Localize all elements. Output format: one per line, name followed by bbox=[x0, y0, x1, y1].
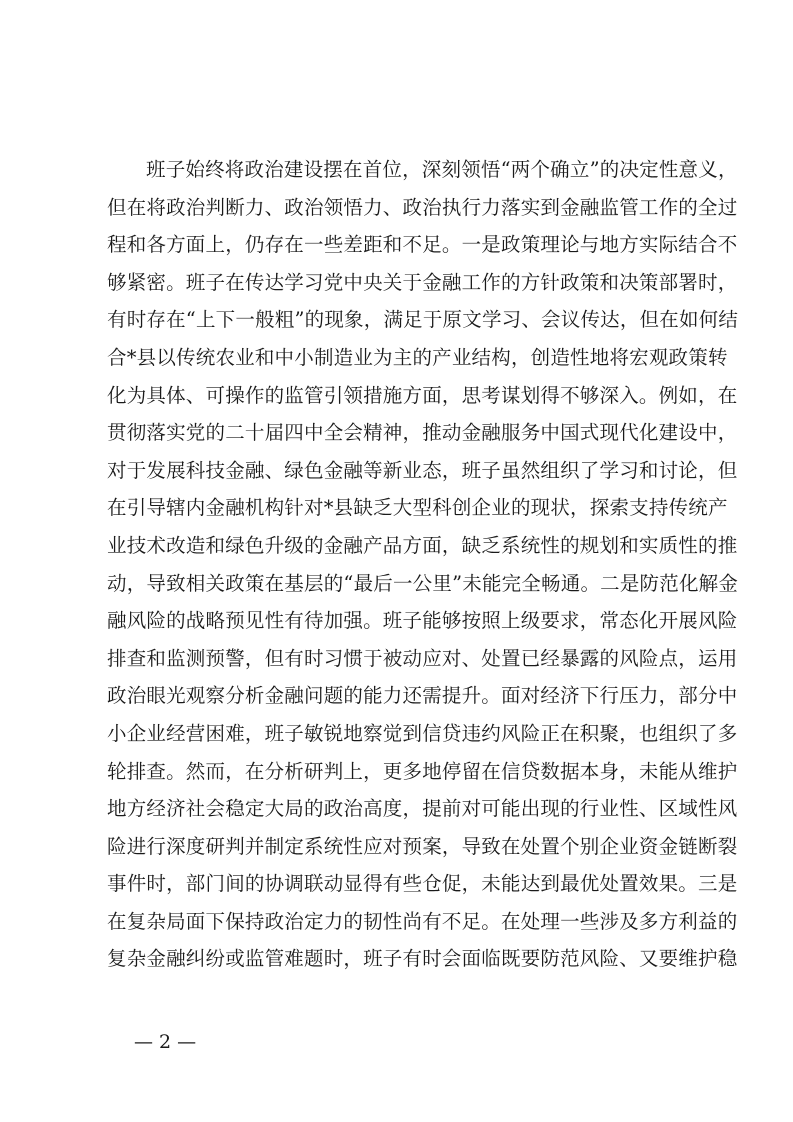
paragraph-line: 合*县以传统农业和中小制造业为主的产业结构，创造性地将宏观政策转 bbox=[107, 339, 691, 377]
paragraph-line: 动，导致相关政策在基层的“最后一公里”未能完全畅通。二是防范化解金 bbox=[107, 565, 691, 603]
paragraph-line: 贯彻落实党的二十届四中全会精神，推动金融服务中国式现代化建设中， bbox=[107, 414, 691, 452]
paragraph-line: 轮排查。然而，在分析研判上，更多地停留在信贷数据本身，未能从维护 bbox=[107, 753, 691, 791]
paragraph-line: 对于发展科技金融、绿色金融等新业态，班子虽然组织了学习和讨论，但 bbox=[107, 452, 691, 490]
paragraph-line: 险进行深度研判并制定系统性应对预案，导致在处置个别企业资金链断裂 bbox=[107, 828, 691, 866]
paragraph-line: 政治眼光观察分析金融问题的能力还需提升。面对经济下行压力，部分中 bbox=[107, 677, 691, 715]
paragraph-line: 融风险的战略预见性有待加强。班子能够按照上级要求，常态化开展风险 bbox=[107, 602, 691, 640]
paragraph-line: 在复杂局面下保持政治定力的韧性尚有不足。在处理一些涉及多方利益的 bbox=[107, 903, 691, 941]
page-number: — 2 — bbox=[134, 1030, 196, 1054]
paragraph-line: 地方经济社会稳定大局的政治高度，提前对可能出现的行业性、区域性风 bbox=[107, 790, 691, 828]
paragraph-line: 够紧密。班子在传达学习党中央关于金融工作的方针政策和决策部署时， bbox=[107, 264, 691, 302]
paragraph-line: 排查和监测预警，但有时习惯于被动应对、处置已经暴露的风险点，运用 bbox=[107, 640, 691, 678]
body-paragraph: 班子始终将政治建设摆在首位，深刻领悟“两个确立”的决定性意义， 但在将政治判断力… bbox=[107, 151, 691, 978]
paragraph-line: 复杂金融纠纷或监管难题时，班子有时会面临既要防范风险、又要维护稳 bbox=[107, 940, 691, 978]
paragraph-line: 但在将政治判断力、政治领悟力、政治执行力落实到金融监管工作的全过 bbox=[107, 189, 691, 227]
paragraph-line: 小企业经营困难，班子敏锐地察觉到信贷违约风险正在积聚，也组织了多 bbox=[107, 715, 691, 753]
document-page: 班子始终将政治建设摆在首位，深刻领悟“两个确立”的决定性意义， 但在将政治判断力… bbox=[0, 0, 793, 1122]
paragraph-line: 事件时，部门间的协调联动显得有些仓促，未能达到最优处置效果。三是 bbox=[107, 865, 691, 903]
paragraph-line: 业技术改造和绿色升级的金融产品方面，缺乏系统性的规划和实质性的推 bbox=[107, 527, 691, 565]
paragraph-line: 程和各方面上，仍存在一些差距和不足。一是政策理论与地方实际结合不 bbox=[107, 226, 691, 264]
paragraph-line: 在引导辖内金融机构针对*县缺乏大型科创企业的现状，探索支持传统产 bbox=[107, 489, 691, 527]
paragraph-line: 班子始终将政治建设摆在首位，深刻领悟“两个确立”的决定性意义， bbox=[107, 151, 691, 189]
paragraph-line: 化为具体、可操作的监管引领措施方面，思考谋划得不够深入。例如，在 bbox=[107, 377, 691, 415]
paragraph-line: 有时存在“上下一般粗”的现象，满足于原文学习、会议传达，但在如何结 bbox=[107, 301, 691, 339]
